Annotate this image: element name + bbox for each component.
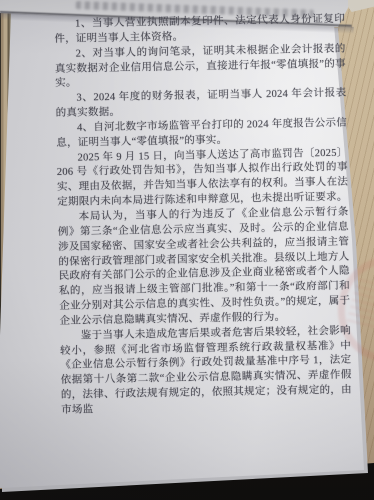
doc-paragraph-finding: 本局认为，当事人的行为违反了《企业信息公示暂行条例》第三条“企业信息公示应当真实… (58, 206, 351, 330)
document-photo: 1、当事人营业执照副本复印件、法定代表人身份证复印件，证明当事人主体资格。 2、… (0, 0, 374, 500)
doc-paragraph-evidence-2: 2、对当事人的询问笔录，证明其未根据企业会计报表的真实数据对企业信用信息公示，直… (55, 42, 347, 92)
doc-paragraph-discretion: 鉴于当事人未造成危害后果或者危害后果较轻，社会影响较小，参照《河北省市场监督管理… (60, 324, 353, 418)
document-text-block: 1、当事人营业执照副本复印件、法定代表人身份证复印件，证明当事人主体资格。 2、… (54, 13, 352, 419)
doc-paragraph-notice: 2025 年 9 月 15 日，向当事人送达了高市监罚告〔2025〕206 号《… (56, 146, 348, 211)
